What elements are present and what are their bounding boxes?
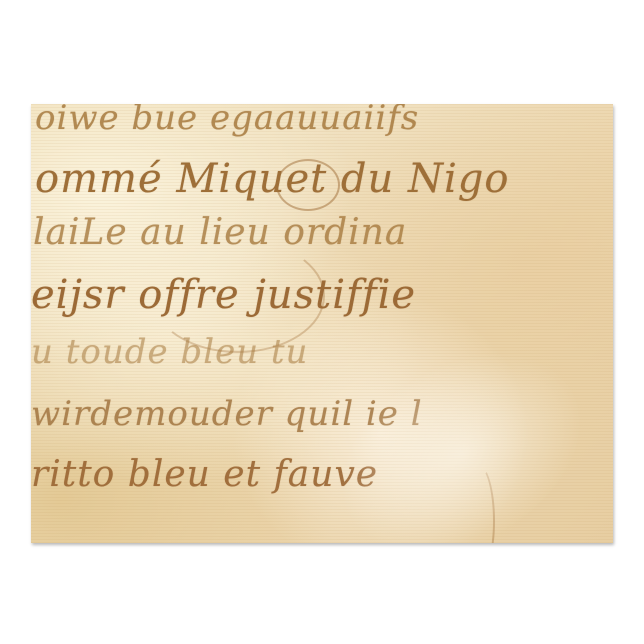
script-line: laiLe au lieu ordina [33,212,407,253]
script-card: oiwe bue egaauuaiifs ommé Miquet du Nigo… [31,104,613,543]
script-line: ritto bleu et fauve [31,454,378,495]
script-line: oiwe bue egaauuaiifs [35,104,419,138]
ink-flourish [461,464,495,543]
script-line: eijsr offre justiffie [31,272,416,318]
script-line: wirdemouder quil ie l [31,394,423,434]
script-line: u toude bleu tu [31,332,308,372]
script-line: ommé Miquet du Nigo [35,156,509,202]
